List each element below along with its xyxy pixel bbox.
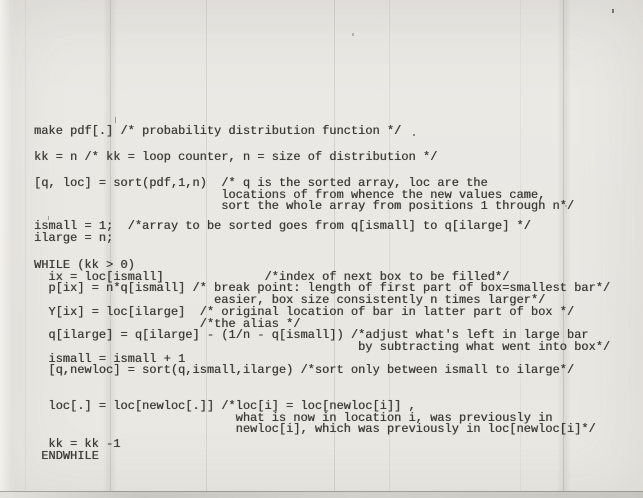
scanner-bottom-edge <box>0 491 643 497</box>
scan-left-edge <box>0 0 13 497</box>
noise-speck <box>352 33 354 36</box>
code-block-loc-update: loc[.] = loc[newloc[.]] /*loc[i] = loc[n… <box>34 401 596 436</box>
noise-speck <box>115 117 116 123</box>
noise-speck <box>413 134 415 136</box>
code-block-while-loop: WHILE (kk > 0) ix = loc[ismall] /*index … <box>34 260 610 377</box>
scan-streak <box>25 0 26 497</box>
code-block-make-pdf: make pdf[.] /* probability distribution … <box>34 126 401 138</box>
code-block-kk-counter: kk = n /* kk = loop counter, n = size of… <box>34 152 437 164</box>
code-block-sort-call: [q, loc] = sort(pdf,1,n) /* q is the sor… <box>34 178 574 213</box>
noise-speck <box>612 9 614 13</box>
code-block-init-bounds: ismall = 1; /*array to be sorted goes fr… <box>34 221 531 244</box>
code-block-endwhile: kk = kk -1 ENDWHILE <box>34 439 120 462</box>
scanned-page: make pdf[.] /* probability distribution … <box>0 0 643 497</box>
